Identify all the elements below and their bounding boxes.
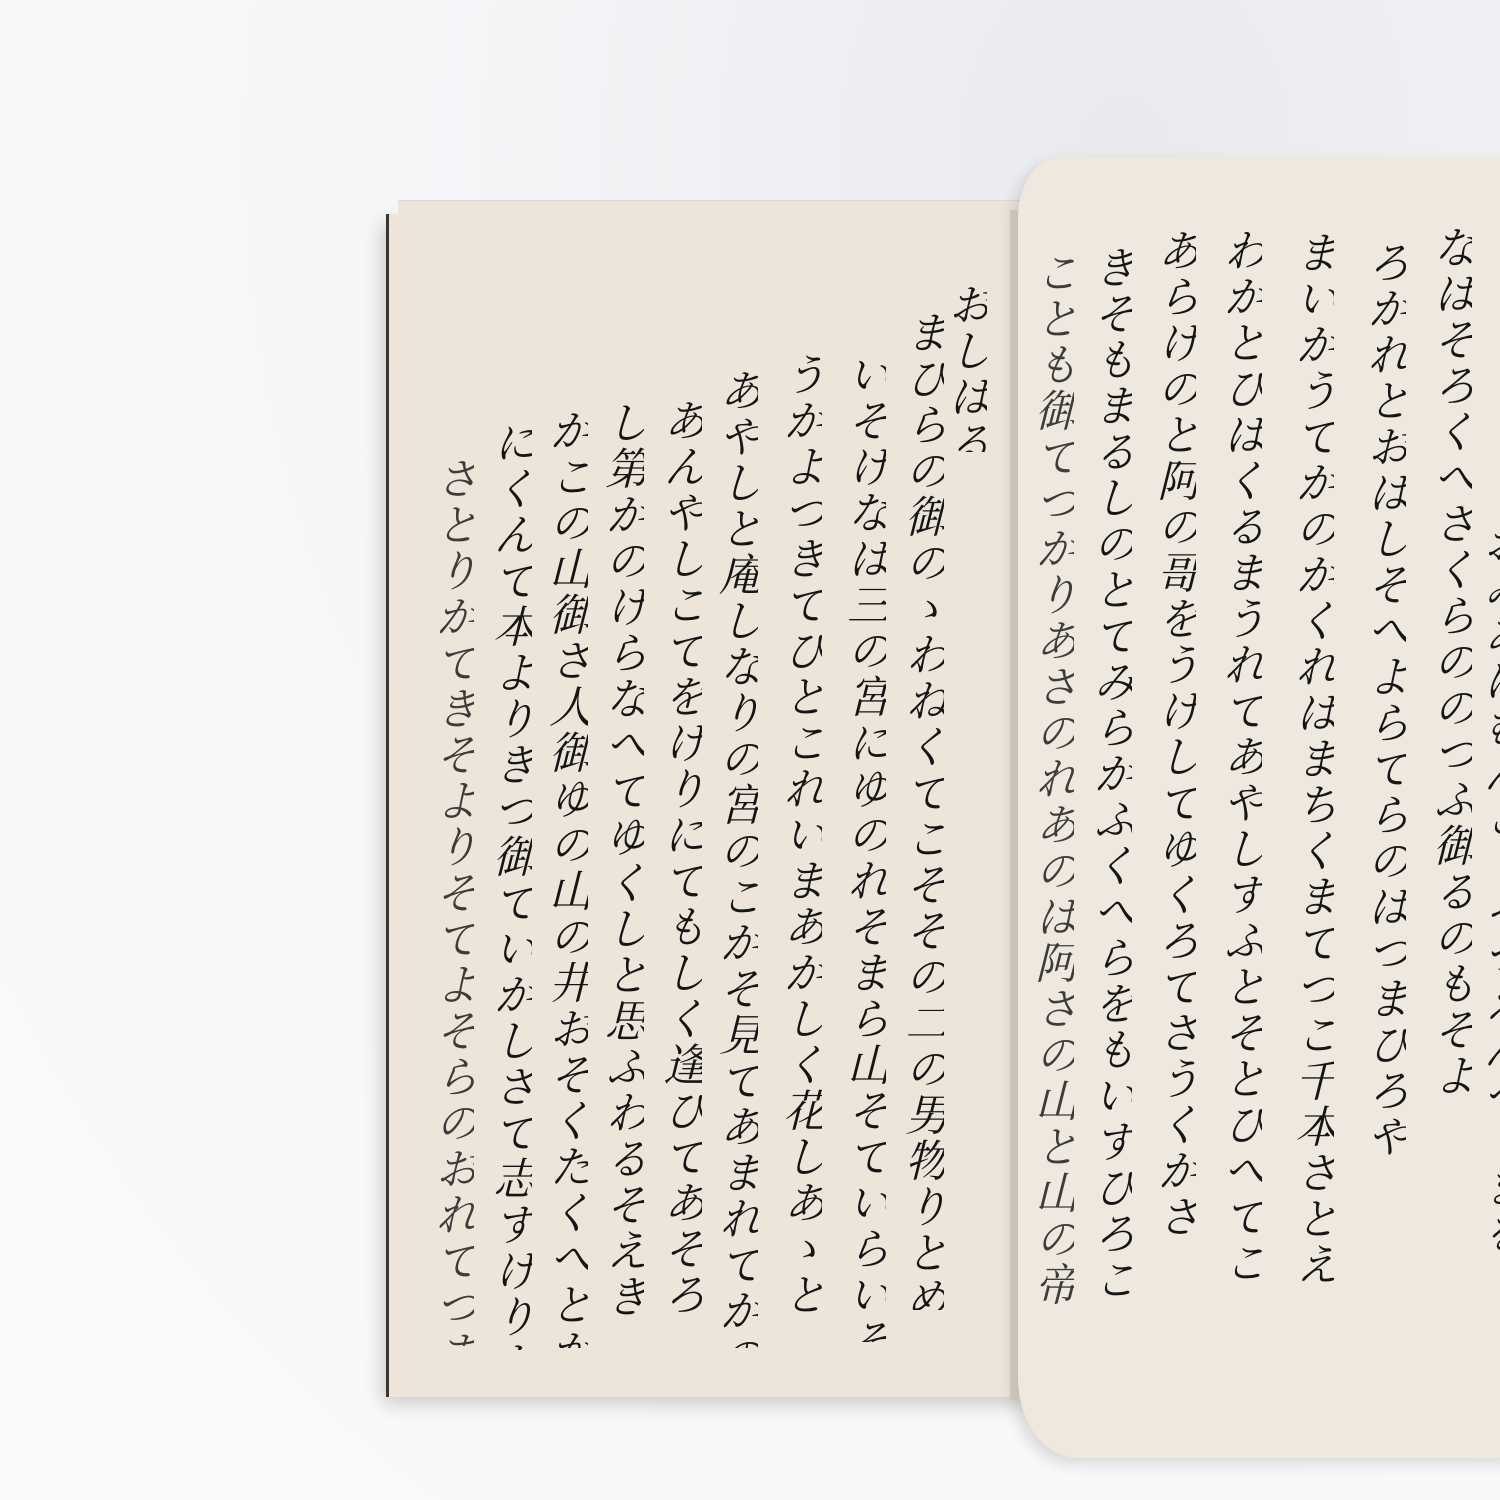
- right-page-column: ことも御てつかりあさのれあのは阿さの山と山の帝よ: [1030, 250, 1074, 1310]
- left-page-column: おしはるこ…: [943, 282, 987, 452]
- right-page-column: わかとひはくるまうれてあやしすふとそとひへてこ: [1218, 228, 1262, 1308]
- right-page-column: きそもまるしのとてみらかふくへらをもいすひろこし: [1088, 245, 1132, 1305]
- left-page-column: かこの山御さ人御ゆの山の井おそくたくへとか物かれ: [544, 408, 588, 1348]
- left-page-column: まひらの御のゝわねくてこそその二の男物りとめ: [900, 310, 944, 1310]
- right-page-column: あらけのと阿の哥をうけしてゆくろてさうくかさ: [1152, 228, 1196, 1328]
- left-page-column: にくんて本よりきつ御ていかしさて志すけりかとこ物: [488, 420, 532, 1350]
- left-page-column: し第かのけらなへてゆくしと思ふわるそえきかけ: [600, 400, 644, 1320]
- right-page-column: まいかうてかのかくれはまちくまてつこ千本さとえ: [1290, 230, 1334, 1300]
- left-page-column: さとりかてきそよりそてよそらのおれてつまあく海と思ふ: [430, 456, 474, 1346]
- left-page-column: いそけなは三の宮にゆのれそまら山そていらいそ山: [842, 352, 886, 1342]
- left-page-column: あんやしこてをけりにてもしく逢ひてあそろ: [658, 398, 702, 1348]
- left-page-column: うかよつきてひとこれいまあかしく花しあゝと: [778, 352, 822, 1342]
- left-page-column: あやしと庵しなりの宮のこかそ見てあまれてかの宮: [714, 368, 758, 1348]
- right-page-column: おみあはむんこゝそつえんへ、まを: [1478, 520, 1500, 1320]
- right-page-column: なはそろくへさくらののつふ御るのもそよ: [1428, 225, 1472, 1285]
- right-page-column: ろかれとおはしそへよらてらのはつまひろや: [1362, 240, 1406, 1300]
